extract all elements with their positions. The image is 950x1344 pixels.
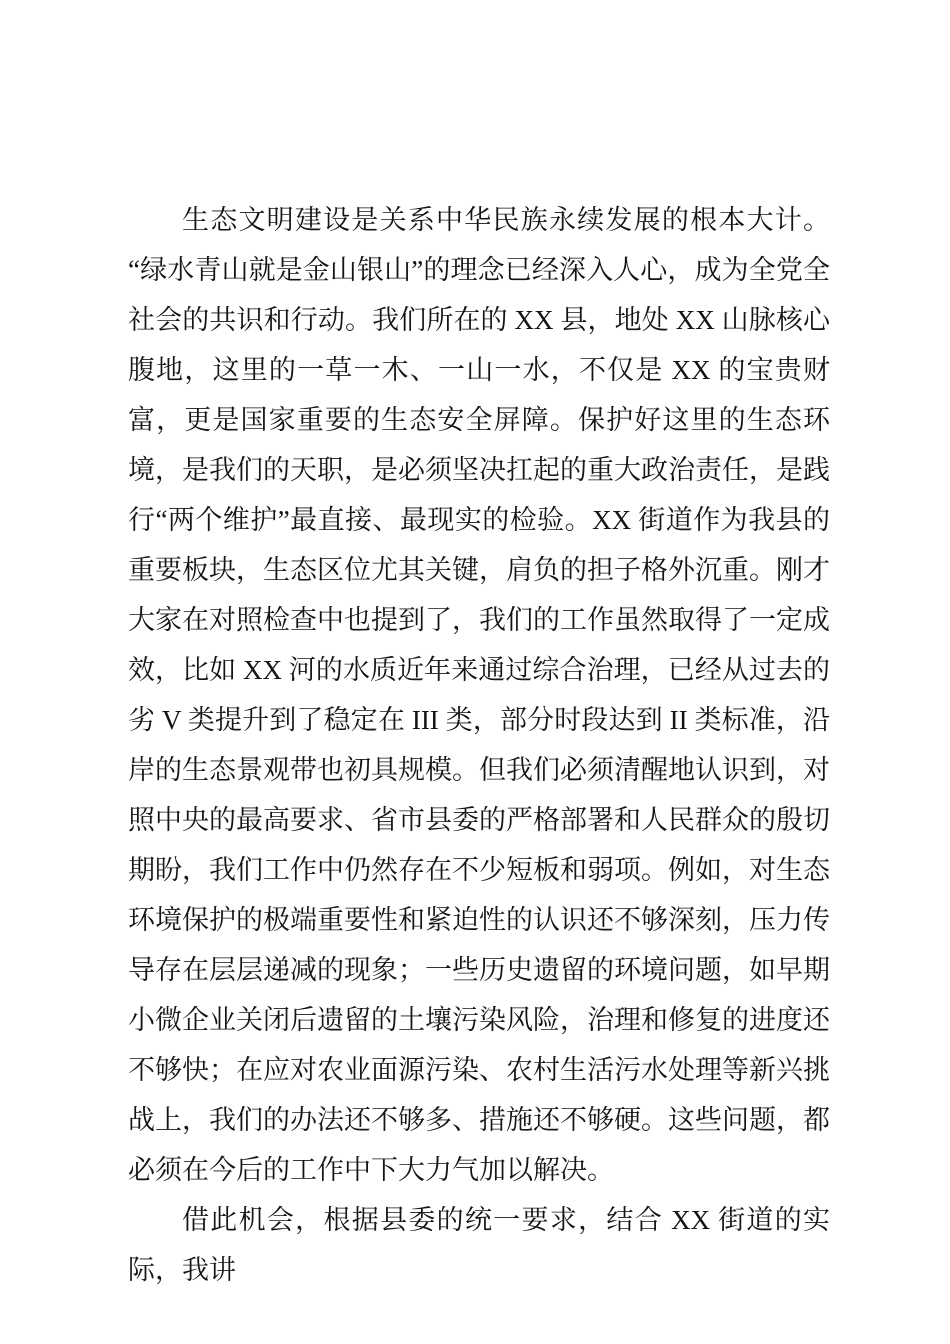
paragraph-opening-remarks: 借此机会，根据县委的统一要求，结合 XX 街道的实际，我讲 [128,1195,830,1295]
document-body: 生态文明建设是关系中华民族永续发展的根本大计。“绿水青山就是金山银山”的理念已经… [128,195,830,1295]
paragraph-ecology-overview: 生态文明建设是关系中华民族永续发展的根本大计。“绿水青山就是金山银山”的理念已经… [128,195,830,1195]
document-page: 生态文明建设是关系中华民族永续发展的根本大计。“绿水青山就是金山银山”的理念已经… [0,0,950,1344]
